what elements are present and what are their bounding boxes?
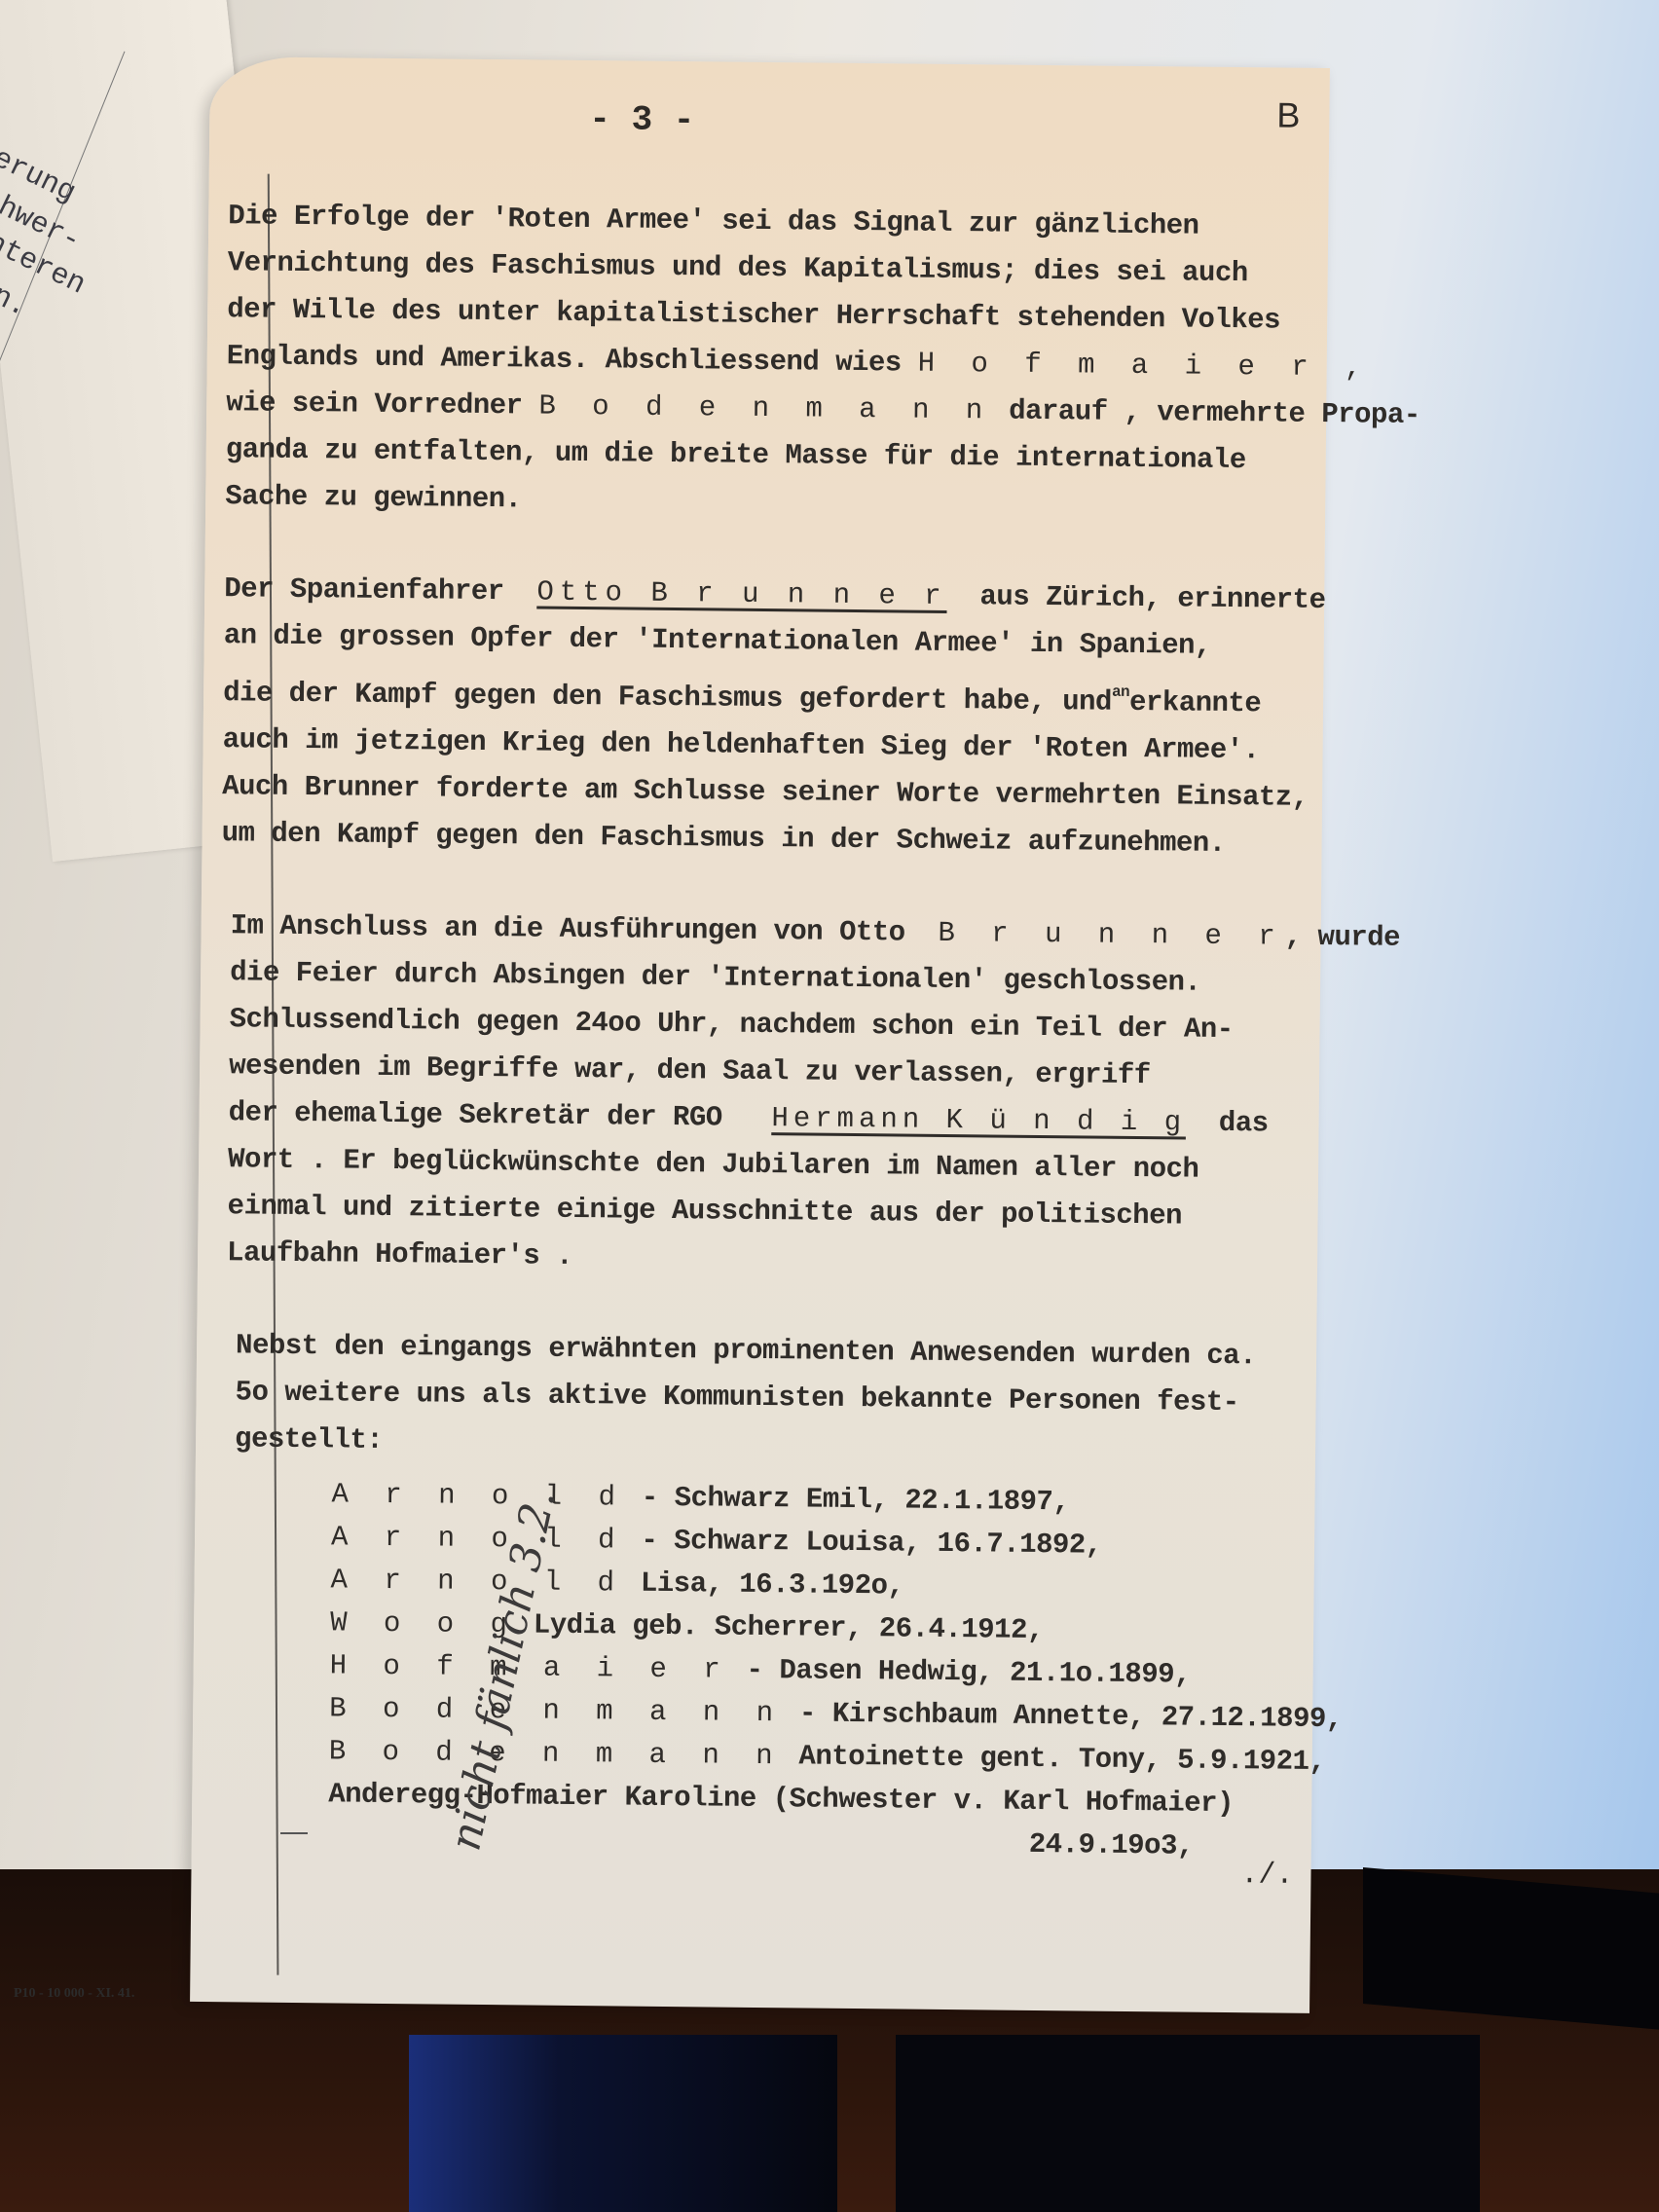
- text-line: um den Kampf gegen den Faschismus in der…: [221, 810, 1292, 868]
- text-segment: das: [1219, 1107, 1269, 1140]
- text-segment: , wurde: [1285, 921, 1401, 954]
- text-segment: darauf , vermehrte Propa-: [992, 394, 1420, 431]
- text-segment: aus Zürich, erinnerte: [979, 580, 1325, 616]
- page-number: - 3 -: [589, 99, 694, 140]
- continuation-mark: ./.: [1240, 1859, 1293, 1893]
- name-brunner: B r u n n e r: [938, 917, 1285, 953]
- text-segment: der ehemalige Sekretär der RGO: [228, 1096, 721, 1133]
- text-segment: wie sein Vorredner: [226, 387, 523, 422]
- paragraph-2: Der Spanienfahrer Otto B r u n n e r aus…: [221, 566, 1295, 868]
- paragraph-1: Die Erfolge der 'Roten Armee' sei das Si…: [225, 193, 1299, 532]
- page-letter: B: [1276, 94, 1300, 135]
- name-otto-brunner-underlined: Otto B r u n n e r: [536, 576, 947, 612]
- person-details: Lydia geb. Scherrer, 26.4.1912,: [517, 1608, 1044, 1646]
- form-footer-code: P10 - 10 000 - XI. 41.: [14, 1986, 134, 2002]
- text-segment: die der Kampf gegen den Faschismus gefor…: [223, 677, 1112, 719]
- person-details: - Kirschbaum Annette, 27.12.1899,: [783, 1697, 1343, 1735]
- person-details: - Schwarz Emil, 22.1.1897,: [625, 1482, 1070, 1519]
- handwritten-insertion: an: [1112, 683, 1129, 701]
- person-details: - Schwarz Louisa, 16.7.1892,: [624, 1525, 1102, 1562]
- text-segment: Englands und Amerikas. Abschliessend wie…: [227, 340, 902, 379]
- paragraph-3: Im Anschluss an die Ausführungen von Ott…: [227, 903, 1292, 1287]
- name-hermann-kuendig-underlined: Hermann K ü n d i g: [771, 1102, 1186, 1138]
- name-hofmaier: H o f m a i e r ,: [918, 348, 1372, 385]
- margin-annotation: nicht fänlich 3.2.: [261, 1431, 397, 1879]
- margin-tick-mark: [280, 1832, 308, 1834]
- text-segment: Der Spanienfahrer: [224, 572, 504, 608]
- dark-device: [1363, 1867, 1659, 2030]
- name-bodenmann: B o d e n m a n n: [538, 390, 992, 427]
- person-details: - Dasen Hedwig, 21.1o.1899,: [730, 1654, 1192, 1691]
- person-details: Antoinette gent. Tony, 5.9.1921,: [782, 1740, 1325, 1778]
- text-segment: Im Anschluss an die Ausführungen von Ott…: [230, 909, 904, 948]
- photo-scene: ierung chwer- nteren n. - 3 - B Die Erfo…: [0, 0, 1659, 2212]
- text-segment: erkannte: [1129, 686, 1262, 719]
- person-details: Lisa, 16.3.192o,: [624, 1567, 904, 1603]
